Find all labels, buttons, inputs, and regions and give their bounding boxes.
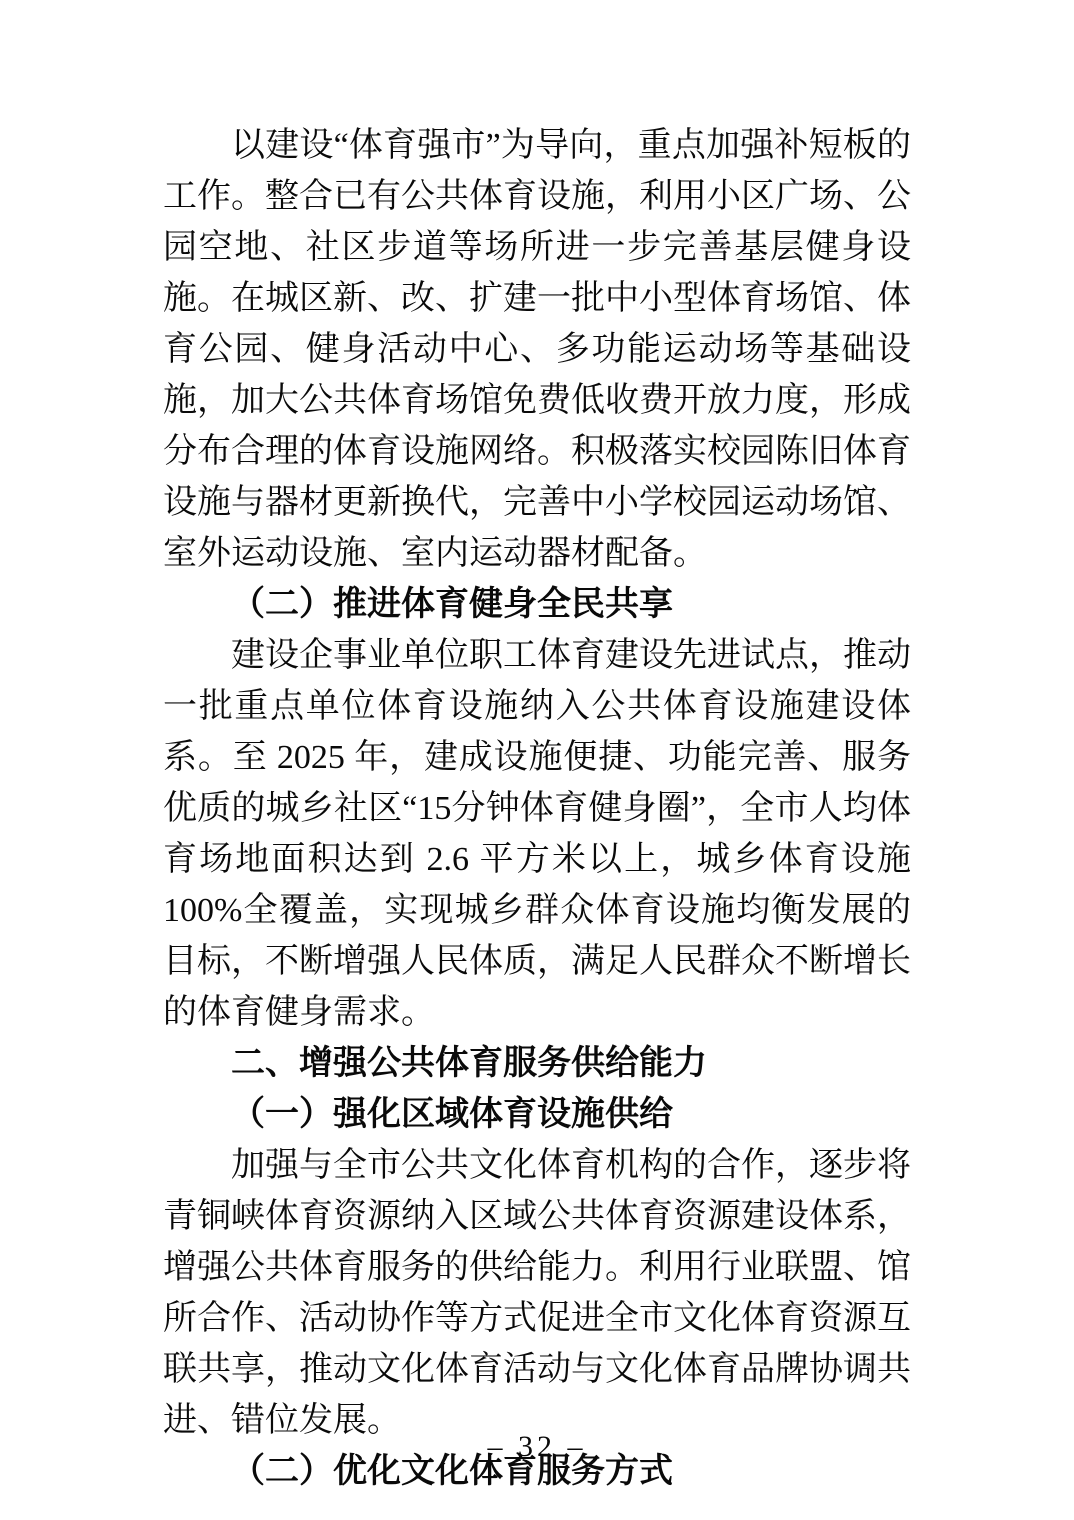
heading-section-2-public-sports-service: 二、增强公共体育服务供给能力 <box>163 1038 911 1089</box>
heading-2-1-regional-facility-supply: （一）强化区域体育设施供给 <box>163 1089 911 1140</box>
document-body: 以建设“体育强市”为导向，重点加强补短板的工作。整合已有公共体育设施，利用小区广… <box>163 120 911 1497</box>
paragraph-fitness-circle-2025: 建设企事业单位职工体育建设先进试点，推动一批重点单位体育设施纳入公共体育设施建设… <box>163 630 911 1038</box>
heading-1-2-fitness-sharing: （二）推进体育健身全民共享 <box>163 579 911 630</box>
paragraph-regional-cooperation: 加强与全市公共文化体育机构的合作，逐步将青铜峡体育资源纳入区域公共体育资源建设体… <box>163 1140 911 1446</box>
paragraph-facilities-shortboard: 以建设“体育强市”为导向，重点加强补短板的工作。整合已有公共体育设施，利用小区广… <box>163 120 911 579</box>
page-number: – 32 – <box>0 1430 1074 1464</box>
document-page: 以建设“体育强市”为导向，重点加强补短板的工作。整合已有公共体育设施，利用小区广… <box>0 0 1074 1520</box>
